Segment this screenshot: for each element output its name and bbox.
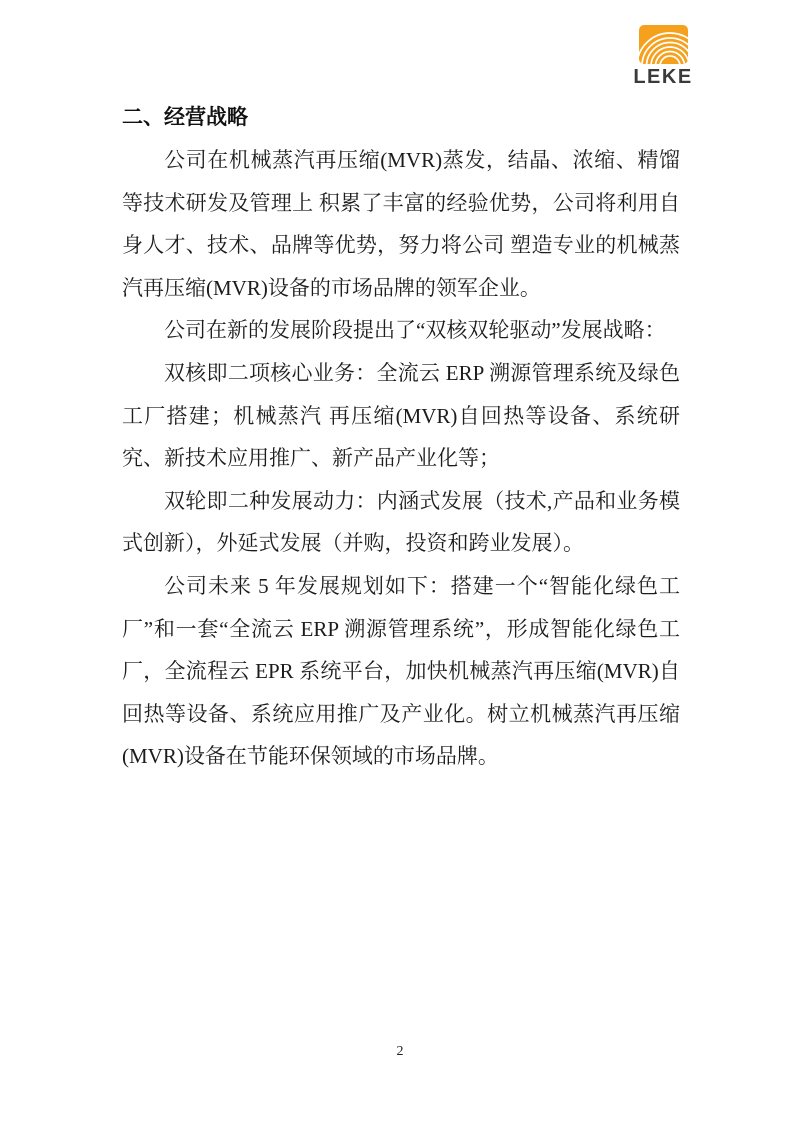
- paragraph: 双轮即二种发展动力：内涵式发展（技术,产品和业务模式创新），外延式发展（并购，投…: [122, 480, 680, 565]
- paragraph: 双核即二项核心业务：全流云 ERP 溯源管理系统及绿色工厂搭建；机械蒸汽 再压缩…: [122, 352, 680, 480]
- section-heading: 二、经营战略: [122, 95, 680, 139]
- document-body: 二、经营战略 公司在机械蒸汽再压缩(MVR)蒸发，结晶、浓缩、精馏等技术研发及管…: [122, 95, 680, 778]
- paragraph: 公司在新的发展阶段提出了“双核双轮驱动”发展战略：: [122, 309, 680, 352]
- page-number: 2: [0, 1044, 800, 1060]
- leke-logo-icon: [639, 25, 688, 64]
- document-page: LEKE 二、经营战略 公司在机械蒸汽再压缩(MVR)蒸发，结晶、浓缩、精馏等技…: [0, 0, 800, 1132]
- company-logo: LEKE: [630, 25, 696, 87]
- paragraph: 公司在机械蒸汽再压缩(MVR)蒸发，结晶、浓缩、精馏等技术研发及管理上 积累了丰…: [122, 139, 680, 309]
- logo-wordmark: LEKE: [630, 67, 696, 87]
- paragraph: 公司未来 5 年发展规划如下：搭建一个“智能化绿色工厂”和一套“全流云 ERP …: [122, 565, 680, 778]
